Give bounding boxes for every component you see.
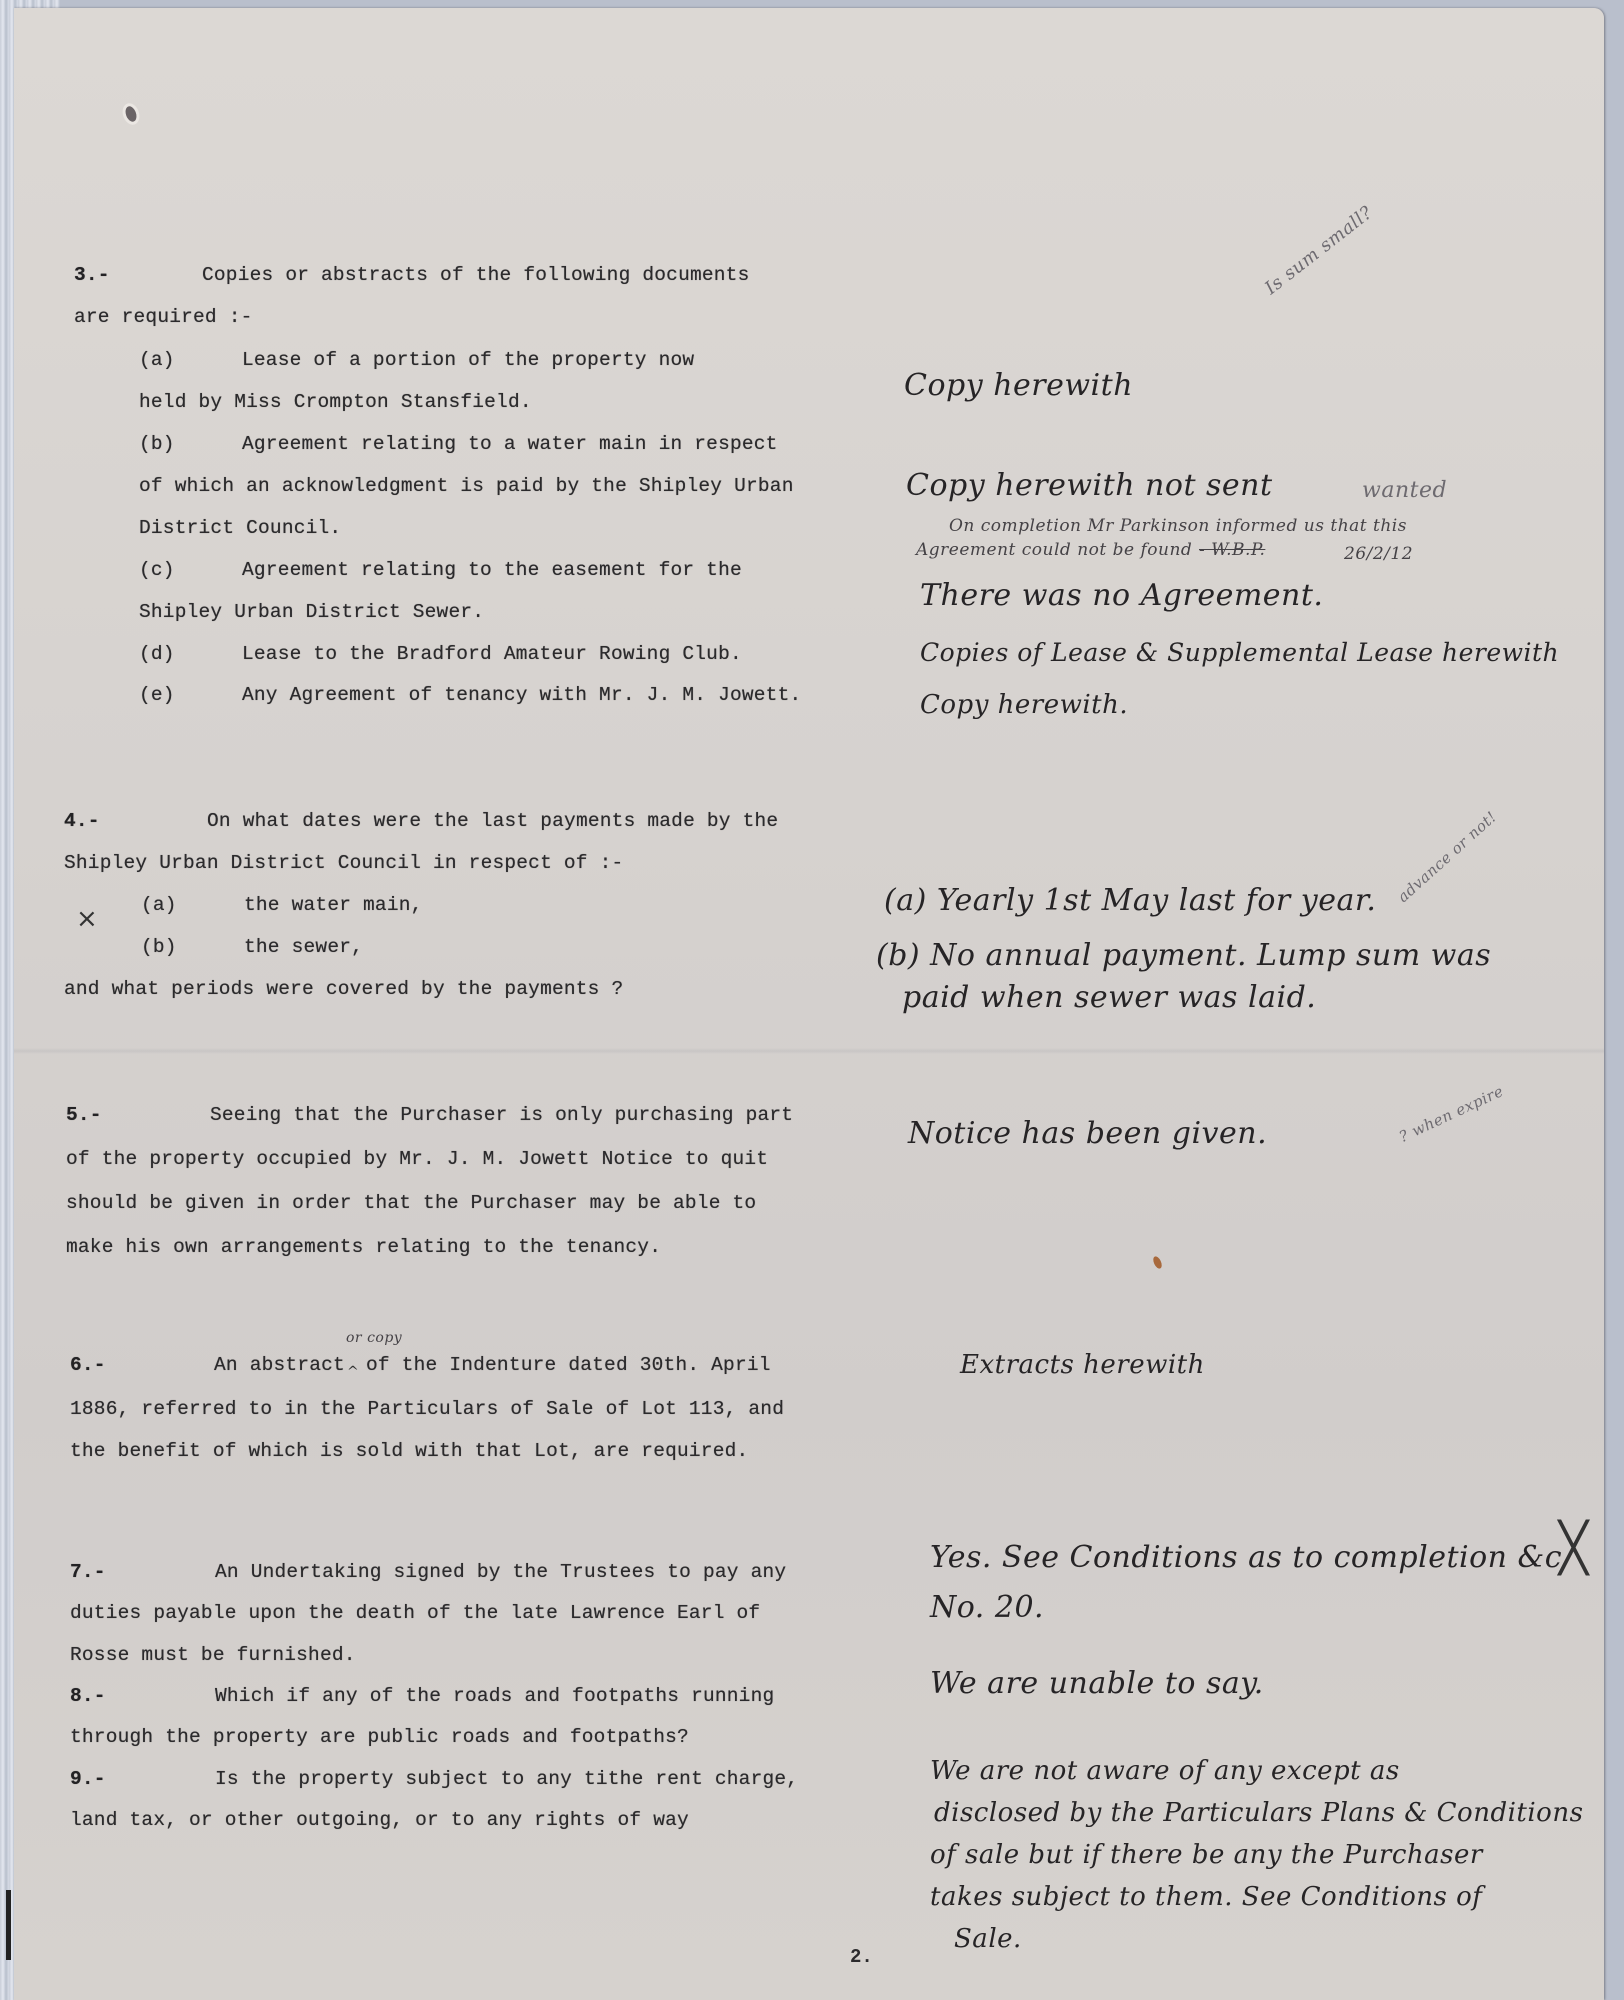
question-text: and what periods were covered by the pay… <box>64 978 623 1000</box>
item-label: (e) <box>139 684 175 706</box>
pencil-query: ? when expire <box>1396 1082 1506 1146</box>
margin-cross-mark: × <box>76 904 98 934</box>
answer-9: disclosed by the Particulars Plans & Con… <box>934 1798 1583 1828</box>
paper-stain <box>1152 1255 1164 1270</box>
question-text: are required :- <box>74 306 253 328</box>
answer-6: Extracts herewith <box>960 1350 1205 1380</box>
question-text: Shipley Urban District Council in respec… <box>64 852 623 874</box>
insertion-caret: ^ <box>347 1364 359 1380</box>
question-number: 4.- <box>64 810 100 832</box>
question-text: duties payable upon the death of the lat… <box>70 1602 760 1624</box>
item-label: (b) <box>139 433 175 455</box>
question-text: Rosse must be furnished. <box>70 1644 356 1666</box>
document-page: 3.- Copies or abstracts of the following… <box>14 8 1604 2000</box>
item-label: (b) <box>141 936 177 958</box>
item-text: Any Agreement of tenancy with Mr. J. M. … <box>242 684 801 706</box>
question-text: On what dates were the last payments mad… <box>207 810 778 832</box>
item-text: Lease of a portion of the property now <box>242 349 694 371</box>
answer-5: Notice has been given. <box>908 1116 1267 1151</box>
item-text: the sewer, <box>244 936 363 958</box>
answer-9: takes subject to them. See Conditions of <box>930 1882 1482 1912</box>
item-label: (a) <box>139 349 175 371</box>
question-text: through the property are public roads an… <box>70 1726 689 1748</box>
pencil-query: advance or not! <box>1394 808 1500 906</box>
answer-9: of sale but if there be any the Purchase… <box>930 1840 1483 1870</box>
item-label: (d) <box>139 643 175 665</box>
item-text: Agreement relating to a water main in re… <box>242 433 778 455</box>
question-text: make his own arrangements relating to th… <box>66 1236 661 1258</box>
answer-8: We are unable to say. <box>930 1666 1264 1701</box>
item-text: District Council. <box>139 517 341 539</box>
item-label: (a) <box>141 894 177 916</box>
answer-3b: Copy herewith not sent <box>906 468 1273 503</box>
answer-3c: There was no Agreement. <box>920 578 1323 613</box>
answer-3b-note: Agreement could not be found <box>916 540 1192 560</box>
question-text: Seeing that the Purchaser is only purcha… <box>210 1104 793 1126</box>
question-text: An abstract <box>214 1354 345 1376</box>
handwritten-insertion: or copy <box>346 1330 402 1346</box>
question-text: Copies or abstracts of the following doc… <box>202 264 750 286</box>
question-text: the benefit of which is sold with that L… <box>70 1440 748 1462</box>
answer-4b: paid when sewer was laid. <box>902 980 1316 1015</box>
pencil-note: wanted <box>1362 478 1447 503</box>
item-text: Lease to the Bradford Amateur Rowing Clu… <box>242 643 742 665</box>
item-text: Shipley Urban District Sewer. <box>139 601 484 623</box>
question-text: should be given in order that the Purcha… <box>66 1192 756 1214</box>
answer-9: Sale. <box>954 1924 1022 1954</box>
item-text: Agreement relating to the easement for t… <box>242 559 742 581</box>
page-number: 2. <box>850 1946 873 1968</box>
answer-4b: (b) No annual payment. Lump sum was <box>876 938 1491 973</box>
item-text: of which an acknowledgment is paid by th… <box>139 475 794 497</box>
question-text: Which if any of the roads and footpaths … <box>215 1685 774 1707</box>
question-text: Is the property subject to any tithe ren… <box>215 1768 798 1790</box>
question-number: 6.- <box>70 1354 106 1376</box>
question-number: 5.- <box>66 1104 102 1126</box>
question-number: 7.- <box>70 1561 106 1583</box>
answer-4a: (a) Yearly 1st May last for year. <box>884 883 1376 918</box>
question-number: 9.- <box>70 1768 106 1790</box>
item-text: held by Miss Crompton Stansfield. <box>139 391 532 413</box>
question-text: 1886, referred to in the Particulars of … <box>70 1398 784 1420</box>
answer-3b-initials: - W.B.P. <box>1199 540 1265 560</box>
question-text: of the Indenture dated 30th. April <box>366 1354 771 1376</box>
answer-3e: Copy herewith. <box>920 690 1128 720</box>
punch-hole <box>124 105 139 123</box>
item-text: the water main, <box>244 894 423 916</box>
question-text: An Undertaking signed by the Trustees to… <box>215 1561 786 1583</box>
answer-7: No. 20. <box>930 1590 1044 1625</box>
background-mark <box>6 1890 11 1960</box>
answer-3b-date: 26/2/12 <box>1344 544 1413 564</box>
answer-3b-note: On completion Mr Parkinson informed us t… <box>949 516 1407 536</box>
answer-7: Yes. See Conditions as to completion &c <box>930 1540 1562 1575</box>
question-number: 8.- <box>70 1685 106 1707</box>
item-label: (c) <box>139 559 175 581</box>
cross-mark: ╳ <box>1559 1520 1588 1576</box>
question-text: land tax, or other outgoing, or to any r… <box>70 1809 689 1831</box>
answer-3a: Copy herewith <box>904 368 1133 403</box>
question-number: 3.- <box>74 264 110 286</box>
answer-9: We are not aware of any except as <box>930 1756 1400 1786</box>
question-text: of the property occupied by Mr. J. M. Jo… <box>66 1148 768 1170</box>
answer-3d: Copies of Lease & Supplemental Lease her… <box>920 638 1559 667</box>
pencil-query: Is sum small? <box>1261 202 1377 299</box>
